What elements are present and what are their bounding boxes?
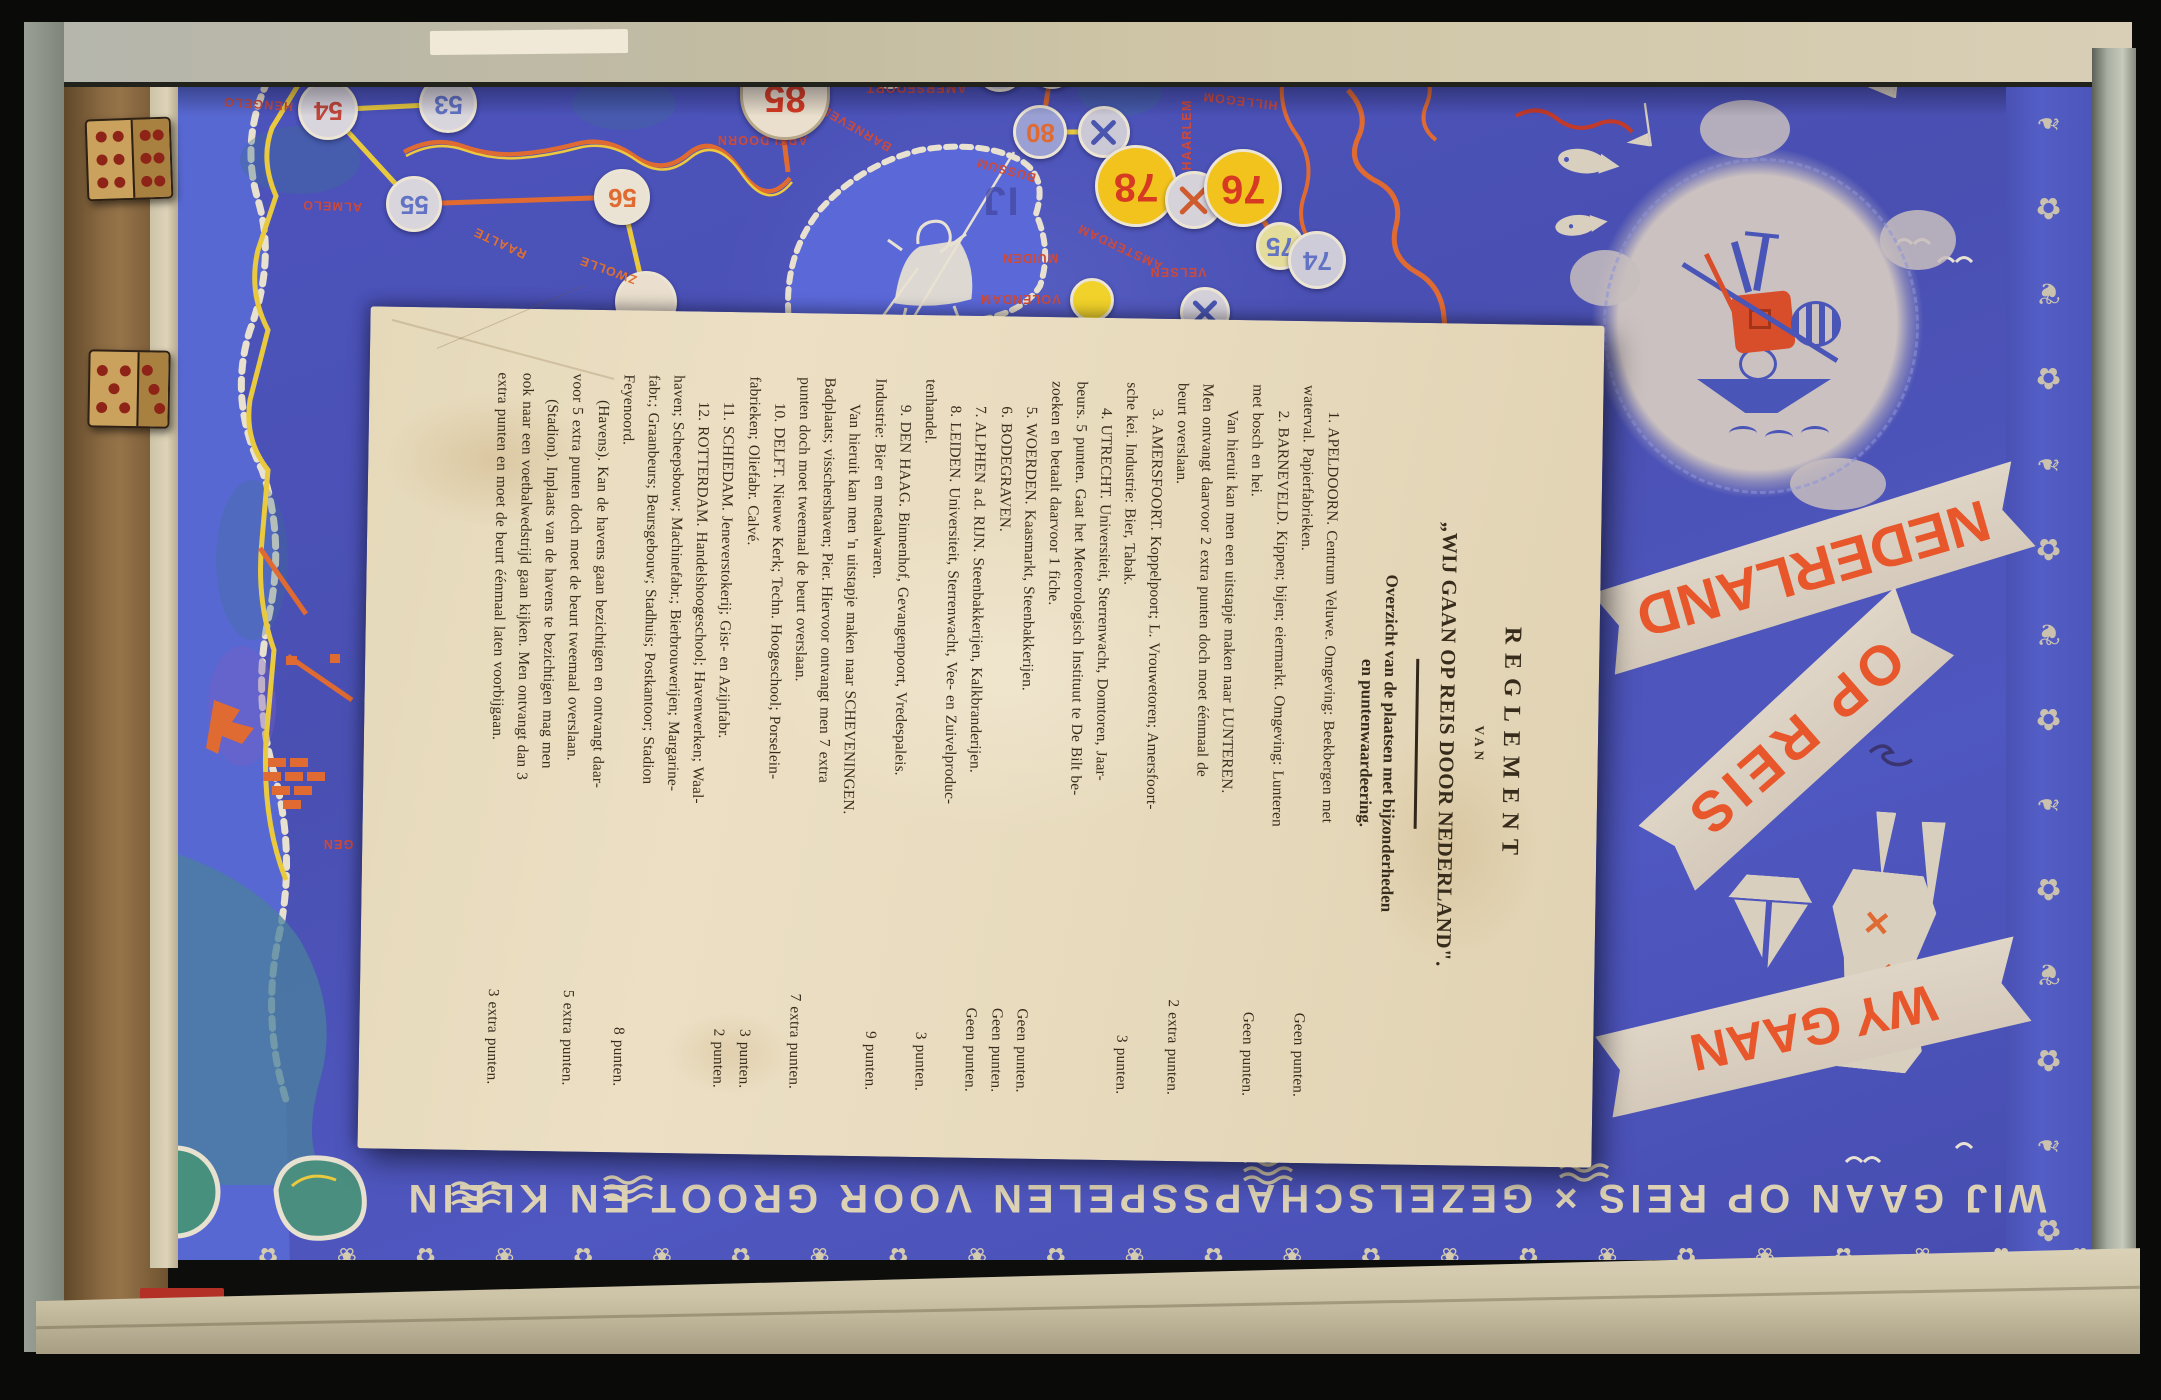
rules-line-text: waterval. Papierfabrieken. <box>1294 385 1322 551</box>
pencil-scribble <box>1870 746 1912 765</box>
sea-southwest <box>166 850 330 1185</box>
floral-ornament-glyph: ✿ <box>2036 190 2061 225</box>
map-circle-number: 55 <box>400 189 429 220</box>
floral-ornament-glyph: ❧ <box>2036 1127 2061 1162</box>
die-pip <box>120 365 131 376</box>
rules-game-title: „WIJ GAAN OP REIS DOOR NEDERLAND". <box>1428 387 1464 1101</box>
die-pip <box>113 154 124 165</box>
die-pip <box>119 402 130 413</box>
die-face-6 <box>131 119 172 198</box>
map-circle-74: 74 <box>1288 231 1346 289</box>
map-label-muiden: MUIDEN <box>1002 251 1059 265</box>
map-circle-78: 78 <box>1095 145 1177 227</box>
floral-ornament-glyph: ✿ <box>2036 1042 2061 1077</box>
rules-line-points: 9 punten. <box>857 1031 883 1093</box>
die-pip <box>96 131 107 142</box>
rules-line-text: punten doch moet tweemaal de beurt overs… <box>788 377 818 682</box>
die-pip <box>96 154 107 165</box>
die-pip <box>155 403 166 414</box>
wooden-die <box>85 117 174 202</box>
floral-ornament-glyph: ❦ <box>2036 956 2061 991</box>
terrain-patch <box>216 480 288 640</box>
box-wall-left <box>24 22 64 1352</box>
rules-line-points: Geen punten. <box>983 1008 1010 1095</box>
map-label-volendam: VOLENDAM <box>979 292 1060 306</box>
rules-line-points: 3 punten. <box>907 1032 933 1094</box>
map-circle-76: 76 <box>1204 149 1282 227</box>
rules-line-points: 8 punten. <box>605 1027 631 1089</box>
rules-line-points: 2 extra punten. <box>1159 999 1186 1097</box>
map-label-almelo: ALMELO <box>302 198 362 214</box>
rules-line-text: fabrieken; Oliefabr. Calvé. <box>739 376 767 546</box>
map-circle-number: 56 <box>608 182 637 213</box>
map-label-ij: IJ <box>981 178 1018 223</box>
rules-title: REGLEMENT <box>1491 388 1529 1102</box>
die-pip <box>140 153 151 164</box>
floral-ornament-glyph: ❧ <box>2036 446 2061 481</box>
map-circle-number: 74 <box>1303 245 1332 276</box>
board-top-shadow <box>166 82 2006 116</box>
rules-line-text: 5. WOERDEN. Kaasmarkt, Steenbakkerijen. <box>1014 381 1044 692</box>
rules-line-points: 7 extra punten. <box>781 993 808 1091</box>
rules-line-text: tenhandel. <box>917 379 943 444</box>
die-pip <box>112 130 123 141</box>
rules-line-points: 3 extra punten. <box>479 989 506 1087</box>
box-rim-top <box>26 22 2132 87</box>
map-circle-number: 76 <box>1221 166 1266 211</box>
floral-ornament-glyph: ✿ <box>2036 531 2061 566</box>
die-pip <box>96 401 107 412</box>
map-circle <box>1070 278 1114 322</box>
box-wall-right <box>2092 48 2136 1354</box>
wooden-die <box>87 349 170 428</box>
die-pip <box>154 176 165 187</box>
route-segment <box>288 656 352 700</box>
rules-sheet: REGLEMENT VAN „WIJ GAAN OP REIS DOOR NED… <box>357 306 1604 1167</box>
rules-line-points: 5 extra punten. <box>555 990 582 1088</box>
boardgame-box-photo: 545355568078767574HENGELOALMELORAALTEZWO… <box>0 0 2161 1400</box>
rules-line-points: Geen punten. <box>1235 1012 1262 1099</box>
island-2 <box>276 1158 364 1238</box>
skater-illustration <box>1652 205 1867 443</box>
die-face-5 <box>89 351 137 426</box>
floral-ornament-glyph: ❦ <box>2036 275 2061 310</box>
map-label-velsen: VELSEN <box>1149 265 1206 279</box>
bottom-banner-text: WIJ GAAN OP REIS × GEZELSCHAPSSPELEN VOO… <box>360 1168 2090 1228</box>
paper-scrap <box>430 29 628 55</box>
rules-line-text: Industrie: Bier en metaalwaren. <box>865 378 893 579</box>
die-pip <box>153 129 164 140</box>
rules-line-points: 3 punten. <box>731 1029 757 1091</box>
floral-ornament-glyph: ❧ <box>2036 786 2061 821</box>
die-pip <box>108 383 119 394</box>
die-pip <box>114 177 125 188</box>
map-label-gen: GEN <box>323 837 354 851</box>
die-face-6 <box>87 120 134 199</box>
route-segment <box>414 197 622 204</box>
floral-border: ❧✿❦✿❧✿❦✿❧✿❦✿❧✿ <box>2006 80 2092 1272</box>
die-pip <box>141 364 152 375</box>
die-pip <box>153 152 164 163</box>
rules-sheet-text: REGLEMENT VAN „WIJ GAAN OP REIS DOOR NED… <box>357 306 1604 1167</box>
rules-line-points: 2 punten. <box>706 1028 732 1090</box>
rules-line-points: Geen punten. <box>1008 1008 1035 1095</box>
rules-line-points: Geen punten. <box>1285 1012 1312 1099</box>
floral-ornament-glyph: ✿ <box>2036 701 2061 736</box>
floral-ornament-glyph: ✿ <box>2036 871 2061 906</box>
floral-ornament-glyph: ✿ <box>2036 360 2061 395</box>
rules-line-text: sche kei. Industrie: Bier, Tabak. <box>1117 382 1145 585</box>
floral-ornament-glyph: ❧ <box>2036 105 2061 140</box>
rules-van: VAN <box>1465 388 1492 1102</box>
die-face-3 <box>136 352 168 427</box>
floral-ornament-glyph: ❦ <box>2036 616 2061 651</box>
rules-body: 1. APELDOORN. Centrum Veluwe. Omgeving: … <box>479 372 1346 1099</box>
map-circle-number: 80 <box>1026 117 1055 148</box>
die-pip <box>148 384 159 395</box>
map-circle-number: 78 <box>1114 164 1159 209</box>
rules-line-text: zoeken en betaalt daarvoor 1 fiche. <box>1041 381 1070 606</box>
rules-line-text: Feyenoord. <box>615 374 641 445</box>
skater-hat <box>1697 379 1831 413</box>
rules-line-text: met bosch en hei. <box>1244 384 1271 497</box>
board-edge <box>150 82 178 1268</box>
map-circle-56: 56 <box>594 169 650 225</box>
die-pip <box>139 129 150 140</box>
die-pip <box>97 178 108 189</box>
sailboat-icon <box>1718 873 1818 991</box>
map-circle-55: 55 <box>386 176 442 232</box>
rules-line-text: beurt overslaan. <box>1169 383 1196 484</box>
rules-line-points: 3 punten. <box>1109 1035 1135 1097</box>
title-rule-line <box>1414 659 1420 829</box>
die-pip <box>141 176 152 187</box>
die-pip <box>97 364 108 375</box>
rules-line-points: Geen punten. <box>958 1007 985 1094</box>
rules-line-text: 6. BODEGRAVEN. <box>992 380 1020 532</box>
